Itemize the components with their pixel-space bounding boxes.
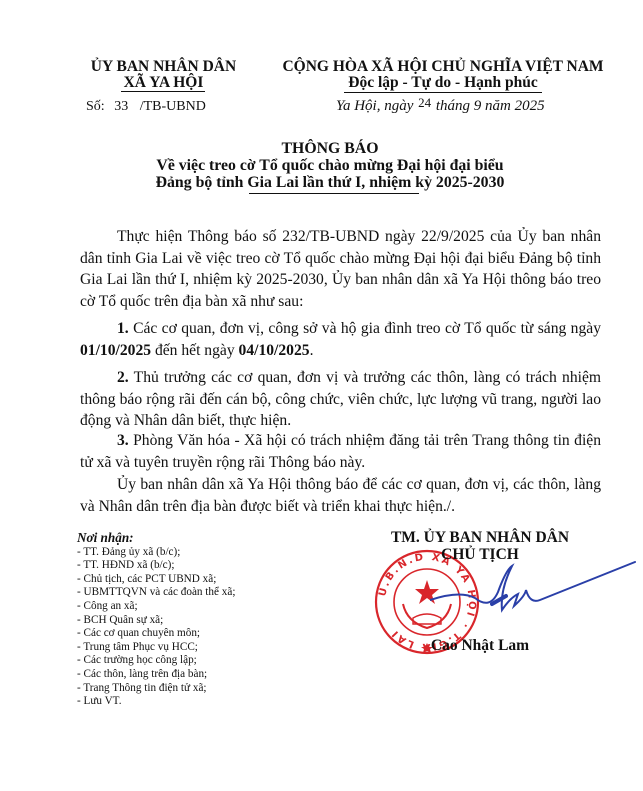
document-type: THÔNG BÁO <box>150 140 510 158</box>
item-1-number: 1. <box>117 320 129 337</box>
document-number: Số: 33 /TB-UBND <box>86 99 206 115</box>
handwritten-signature <box>430 560 640 620</box>
recipient-item: - Trang Thông tin điện tử xã; <box>77 682 235 696</box>
item-3-number: 3. <box>117 432 129 449</box>
intro-paragraph: Thực hiện Thông báo số 232/TB-UBND ngày … <box>80 226 601 312</box>
date-rest: tháng 9 năm 2025 <box>436 98 545 114</box>
item-2: 2. Thủ trưởng các cơ quan, đơn vị và trư… <box>80 367 601 432</box>
recipient-item: - UBMTTQVN và các đoàn thể xã; <box>77 586 235 600</box>
recipient-item: - Trung tâm Phục vụ HCC; <box>77 641 235 655</box>
recipient-item: - Chủ tịch, các PCT UBND xã; <box>77 573 235 587</box>
number-value: 33 <box>114 99 128 114</box>
signer-name: Cao Nhật Lam <box>395 637 565 655</box>
number-suffix: /TB-UBND <box>140 99 206 114</box>
subject-underline <box>249 193 419 194</box>
issue-date: Ya Hội, ngày 24 tháng 9 năm 2025 <box>336 98 545 115</box>
subject-line-1: Về việc treo cờ Tổ quốc chào mừng Đại hộ… <box>130 157 530 175</box>
recipient-item: - TT. HĐND xã (b/c); <box>77 559 235 573</box>
date-place: Ya Hội, ngày <box>336 98 413 114</box>
recipient-item: - Công an xã; <box>77 600 235 614</box>
recipient-item: - Các trường học công lập; <box>77 654 235 668</box>
recipients-list: Nơi nhận: - TT. Đảng ủy xã (b/c);- TT. H… <box>77 531 235 709</box>
item-2-number: 2. <box>117 369 129 386</box>
subject-line-2: Đảng bộ tỉnh Gia Lai lần thứ I, nhiệm kỳ… <box>130 174 530 192</box>
on-behalf-of: TM. ỦY BAN NHÂN DÂN <box>360 529 600 547</box>
national-motto: Độc lập - Tự do - Hạnh phúc <box>278 74 608 92</box>
recipient-item: - Các thôn, làng trên địa bàn; <box>77 668 235 682</box>
recipient-item: - TT. Đảng ủy xã (b/c); <box>77 546 235 560</box>
recipient-item: - BCH Quân sự xã; <box>77 614 235 628</box>
commune-name: XÃ YA HỘI <box>66 74 261 92</box>
end-date: 04/10/2025 <box>239 342 310 359</box>
org-underline <box>121 91 205 92</box>
recipient-item: - Lưu VT. <box>77 695 235 709</box>
recipients-title: Nơi nhận: <box>77 531 235 545</box>
motto-underline <box>344 92 542 93</box>
closing-paragraph: Ủy ban nhân dân xã Ya Hội thông báo để c… <box>80 474 601 517</box>
start-date: 01/10/2025 <box>80 342 151 359</box>
date-day: 24 <box>418 95 431 110</box>
number-label: Số: <box>86 99 105 114</box>
recipient-item: - Các cơ quan chuyên môn; <box>77 627 235 641</box>
item-3: 3. Phòng Văn hóa - Xã hội có trách nhiệm… <box>80 430 601 473</box>
item-1: 1. Các cơ quan, đơn vị, công sở và hộ gi… <box>80 318 601 361</box>
